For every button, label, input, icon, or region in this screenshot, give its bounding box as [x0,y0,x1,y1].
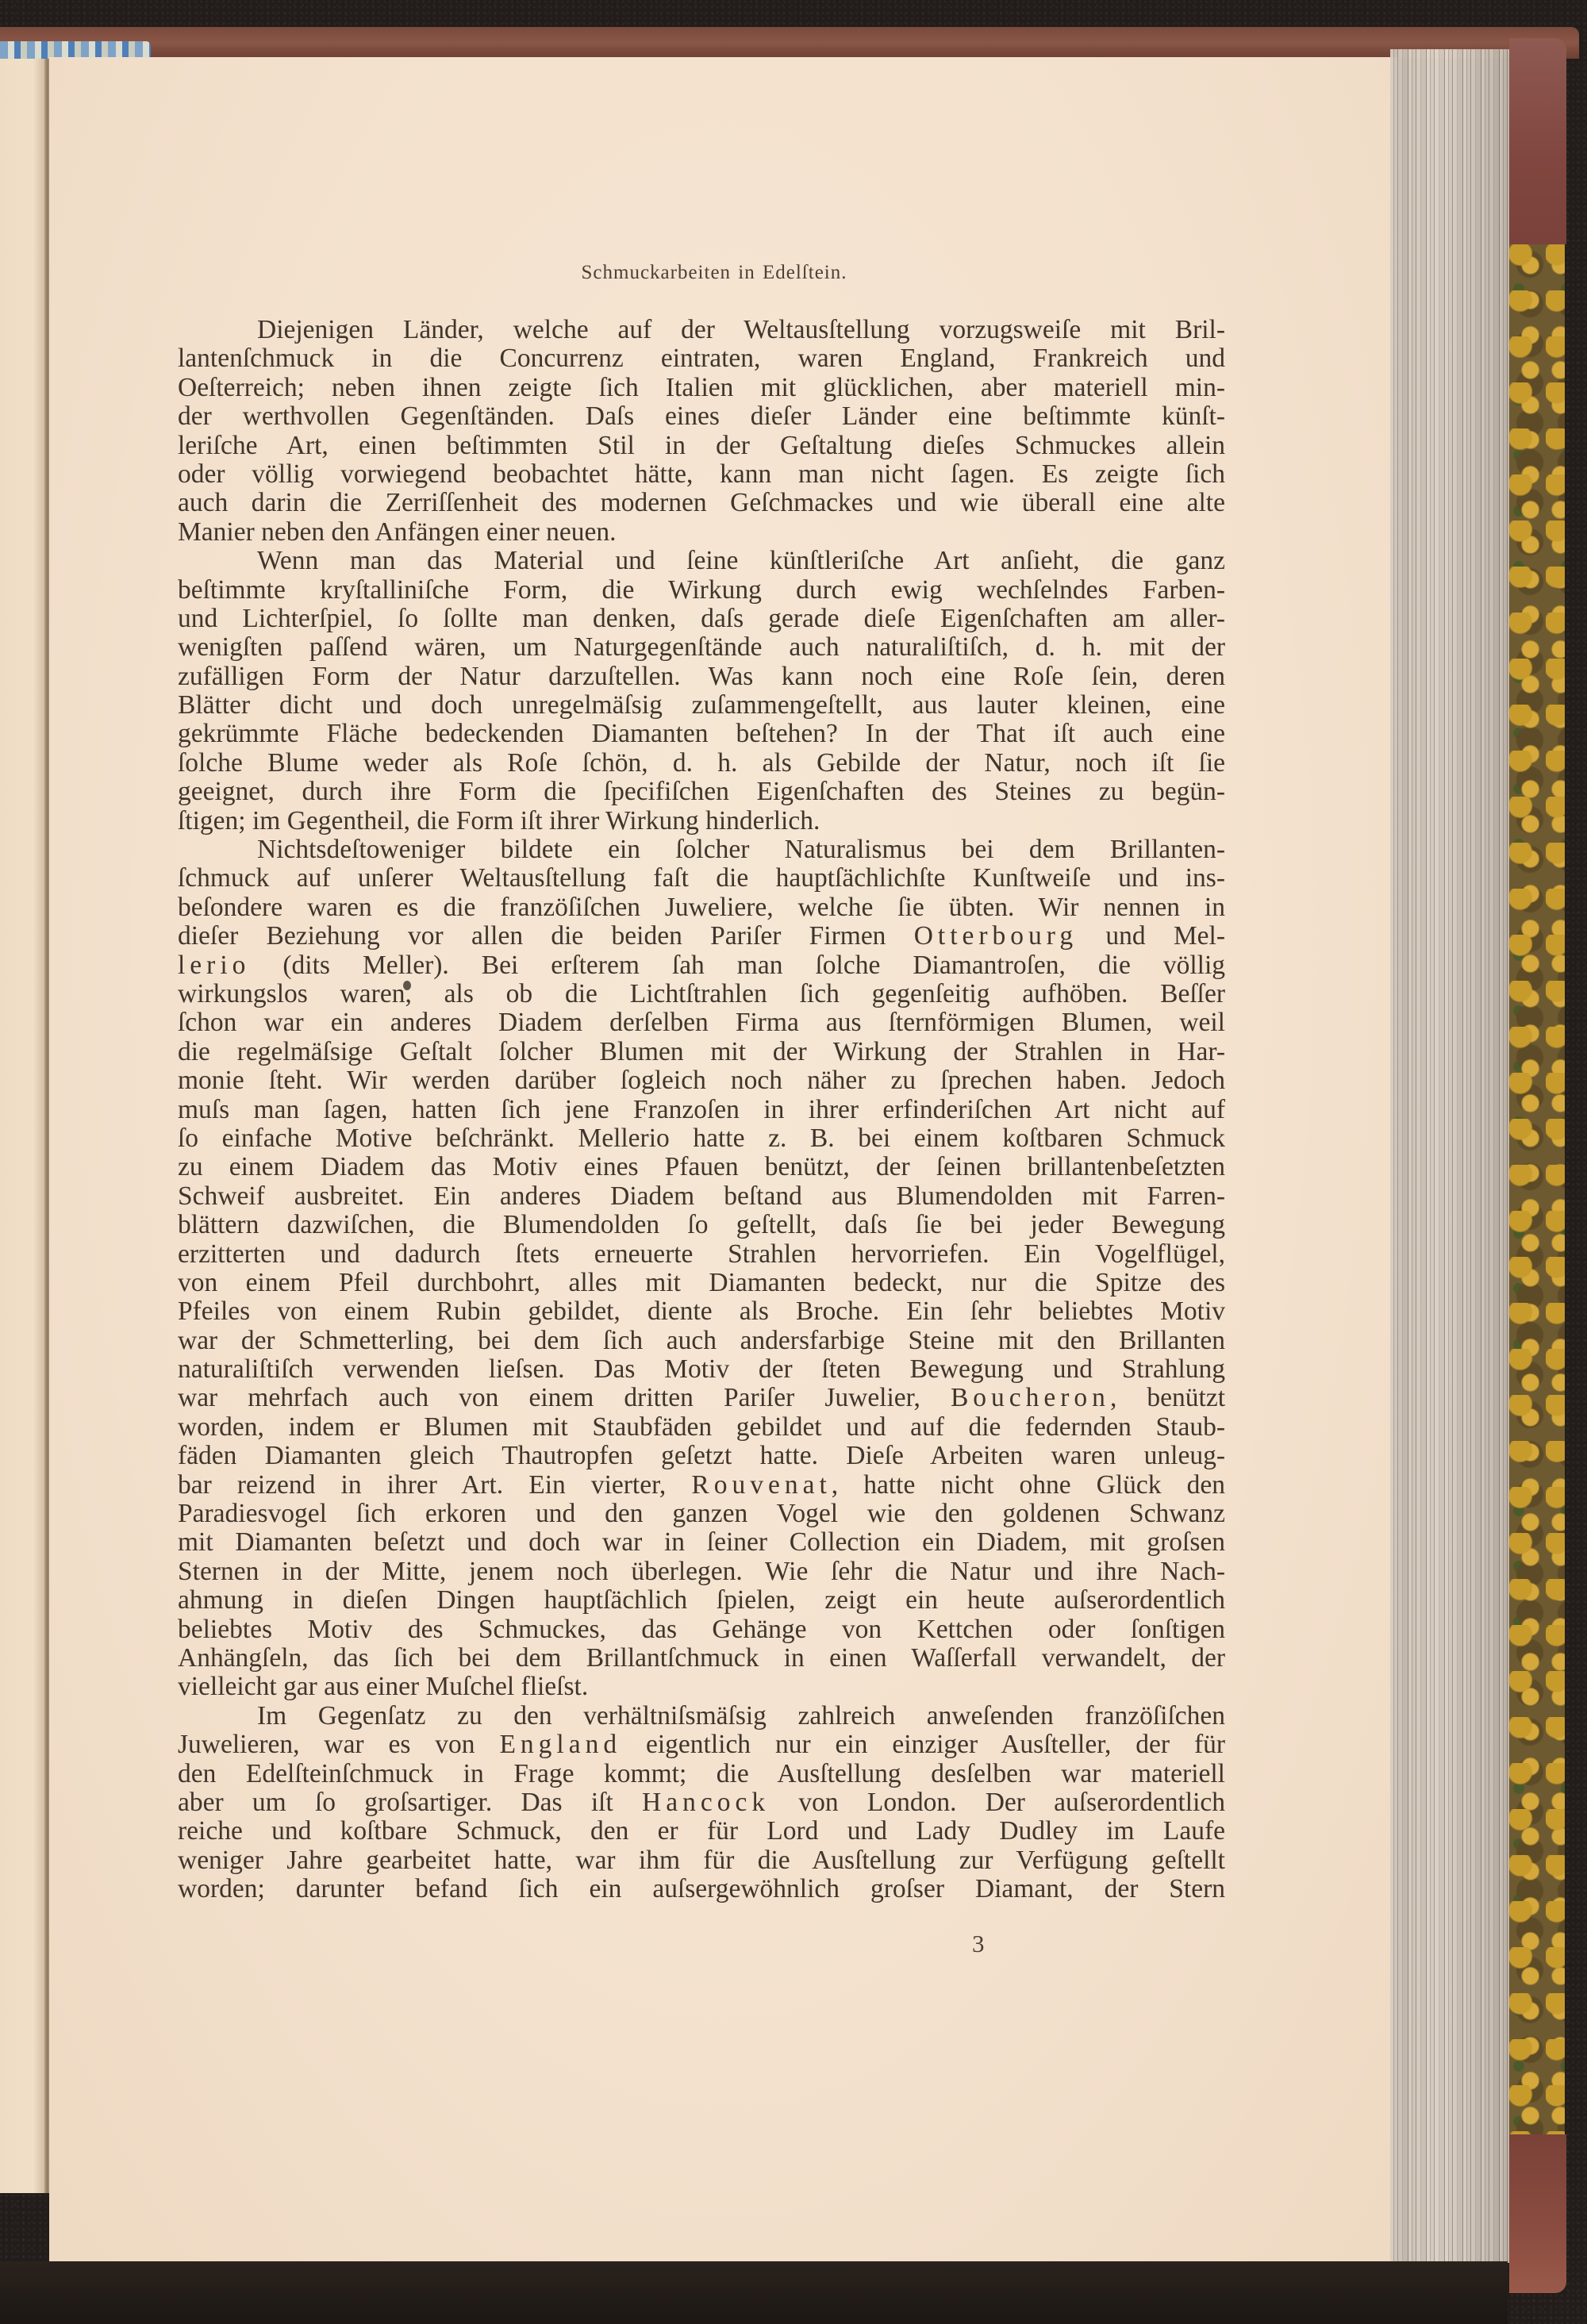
text-line: ſolche Blume weder als Roſe ſchön, d. h.… [178,749,1225,778]
text-line: naturaliſtiſch verwenden lieſsen. Das Mo… [178,1355,1225,1384]
text-line: Juwelieren, war es von England eigentlic… [178,1731,1225,1759]
text-line: fäden Diamanten gleich Thautropfen geſet… [178,1442,1225,1470]
text-line: Paradiesvogel ſich erkoren und den ganze… [178,1500,1225,1528]
text-line: Pfeiles von einem Rubin gebildet, diente… [178,1297,1225,1326]
text-line: Oeſterreich; neben ihnen zeigte ſich Ita… [178,374,1225,402]
text-line: war der Schmetterling, bei dem ſich auch… [178,1327,1225,1355]
text-line: ſtigen; im Gegentheil, die Form iſt ihre… [178,807,1225,835]
text-line: vielleicht gar aus einer Muſchel flieſst… [178,1673,1225,1701]
bottom-shadow [0,2261,1508,2324]
text-line: Diejenigen Länder, welche auf der Weltau… [178,316,1225,344]
marbled-cover-board [1509,244,1565,2141]
text-line: ſchmuck auf unſerer Weltausſtellung faſt… [178,864,1225,893]
text-line: blättern dazwiſchen, die Blumendolden ſo… [178,1211,1225,1239]
text-line: reiche und koſtbare Schmuck, den er für … [178,1817,1225,1846]
text-line: beſtimmte kryſtalliniſche Form, die Wirk… [178,576,1225,605]
spaced-name: Boucheron [951,1383,1110,1412]
text-line: zufälligen Form der Natur darzuſtellen. … [178,663,1225,691]
text-line: zu einem Diadem das Motiv eines Pfauen b… [178,1153,1225,1181]
text-line: geeignet, durch ihre Form die ſpecifiſch… [178,778,1225,806]
text-line: der werthvollen Gegenſtänden. Daſs eines… [178,402,1225,431]
text-line: dieſer Beziehung vor allen die beiden Pa… [178,922,1225,951]
text-line: oder völlig vorwiegend beobachtet hätte,… [178,460,1225,489]
text-line: weniger Jahre gearbeitet hatte, war ihm … [178,1846,1225,1875]
text-line: leriſche Art, einen beſtimmten Stil in d… [178,432,1225,460]
body-text: Diejenigen Länder, welche auf der Weltau… [178,316,1225,1903]
spaced-name: England [499,1730,621,1759]
text-line: von einem Pfeil durchbohrt, alles mit Di… [178,1269,1225,1297]
text-line: Anhängſeln, das ſich bei dem Brillantſch… [178,1644,1225,1673]
text-line: und Lichterſpiel, ſo ſollte man denken, … [178,605,1225,633]
text-line: worden; darunter befand ſich ein auſserg… [178,1875,1225,1903]
ink-smudge [403,981,411,990]
text-line: ſo einfache Motive beſchränkt. Mellerio … [178,1124,1225,1153]
text-line: Sternen in der Mitte, jenem noch überleg… [178,1558,1225,1586]
text-line: lantenſchmuck in die Concurrenz eintrate… [178,344,1225,373]
page-number: 3 [972,1930,985,1958]
spaced-name: Rouvenat [691,1470,831,1500]
text-line: den Edelſteinſchmuck in Frage kommt; die… [178,1760,1225,1788]
text-line: lerio (dits Meller). Bei erſterem ſah ma… [178,951,1225,980]
text-line: Im Gegenſatz zu den verhältniſsmäſsig za… [178,1702,1225,1731]
text-line: worden, indem er Blumen mit Staubfäden g… [178,1413,1225,1442]
text-line: war mehrfach auch von einem dritten Pari… [178,1384,1225,1412]
text-line: bar reizend in ihrer Art. Ein vierter, R… [178,1471,1225,1500]
text-line: Manier neben den Anfängen einer neuen. [178,518,1225,547]
text-line: Nichtsdeſtoweniger bildete ein ſolcher N… [178,835,1225,864]
text-line: auch darin die Zerriſſenheit des moderne… [178,489,1225,517]
text-line: aber um ſo groſsartiger. Das iſt Hancock… [178,1788,1225,1817]
text-line: wirkungslos waren, als ob die Lichtſtrah… [178,980,1225,1008]
text-line: ahmung in dieſen Dingen hauptſächlich ſp… [178,1586,1225,1615]
text-line: beſondere waren es die franzöſiſchen Juw… [178,893,1225,922]
text-line: ſchon war ein anderes Diadem derſelben F… [178,1008,1225,1037]
text-line: muſs man ſagen, hatten ſich jene Franzoſ… [178,1096,1225,1124]
text-line: monie ſteht. Wir werden darüber ſogleich… [178,1066,1225,1095]
text-line: Schweif ausbreitet. Ein anderes Diadem b… [178,1182,1225,1211]
text-line: mit Diamanten beſetzt und doch war in ſe… [178,1528,1225,1557]
text-line: beliebtes Motiv des Schmuckes, das Gehän… [178,1615,1225,1644]
text-line: gekrümmte Fläche bedeckenden Diamanten b… [178,720,1225,748]
text-line: die regelmäſsige Geſtalt ſolcher Blumen … [178,1038,1225,1066]
spaced-name: Hancock [642,1788,770,1817]
spaced-name: lerio [178,951,250,980]
top-binding-leather [0,27,1579,59]
text-line: erzitterten und dadurch ſtets erneuerte … [178,1240,1225,1269]
running-head: Schmuckarbeiten in Edelſtein. [508,262,920,284]
page-edge-shade [1390,49,1509,2263]
cover-leather-corner-bottom [1509,2134,1566,2293]
spaced-name: Otterbourg [914,921,1078,951]
left-facing-page [0,59,48,2193]
text-line: Blätter dicht und doch unregelmäſsig zuſ… [178,691,1225,720]
text-line: Wenn man das Material und ſeine künſtler… [178,547,1225,575]
cover-leather-corner-top [1509,38,1566,244]
text-line: wenigſten paſſend wären, um Naturgegenſt… [178,633,1225,662]
